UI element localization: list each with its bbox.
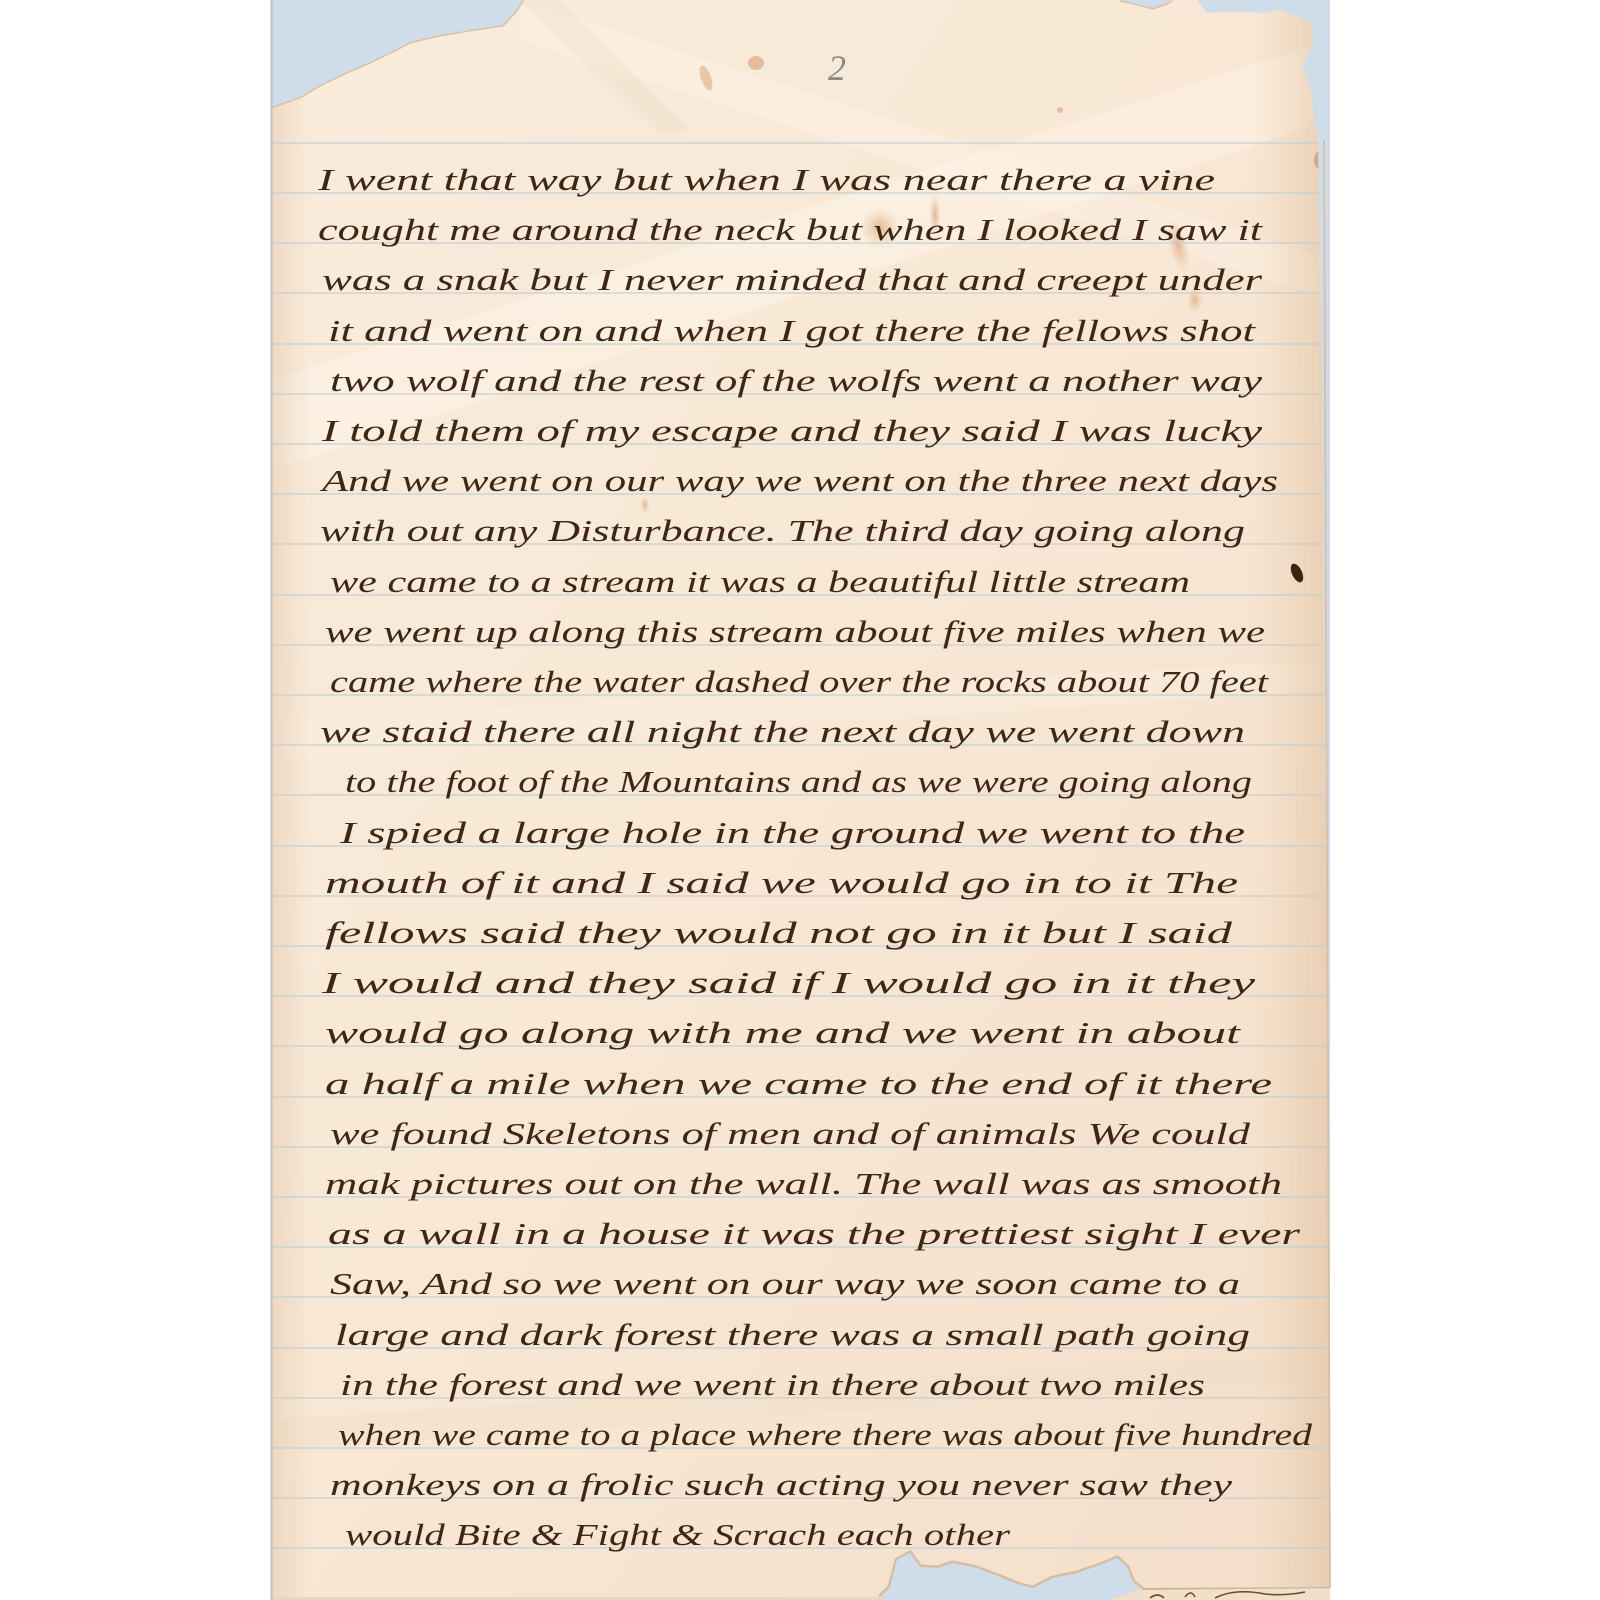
paper-sheet: 2 I went that way but when I was near th… <box>271 0 1331 1600</box>
text-line: we went up along this stream about five … <box>325 614 1265 649</box>
text-line: we staid there all night the next day we… <box>320 714 1245 749</box>
text-line: to the foot of the Mountains and as we w… <box>345 764 1252 799</box>
page-number: 2 <box>828 48 846 88</box>
text-line: would go along with me and we went in ab… <box>325 1015 1242 1050</box>
text-line: came where the water dashed over the roc… <box>330 664 1270 699</box>
text-line: two wolf and the rest of the wolfs went … <box>330 363 1262 398</box>
text-line: with out any Disturbance. The third day … <box>320 513 1245 548</box>
text-line: monkeys on a frolic such acting you neve… <box>330 1467 1232 1502</box>
text-line: in the forest and we went in there about… <box>340 1367 1205 1402</box>
text-line: was a snak but I never minded that and c… <box>322 262 1263 297</box>
text-line: Saw, And so we went on our way we soon c… <box>330 1266 1240 1301</box>
scanned-letter-page: 2 I went that way but when I was near th… <box>0 0 1600 1600</box>
text-line: mak pictures out on the wall. The wall w… <box>325 1166 1282 1201</box>
text-line: would Bite & Fight & Scrach each other <box>345 1517 1011 1552</box>
text-line: we came to a stream it was a beautiful l… <box>330 564 1190 599</box>
text-line: when we came to a place where there was … <box>338 1417 1313 1452</box>
text-line: it and went on and when I got there the … <box>328 313 1257 348</box>
text-line: I spied a large hole in the ground we we… <box>338 815 1245 850</box>
text-line: I went that way but when I was near ther… <box>317 162 1216 197</box>
underlying-sheet <box>1110 1589 1330 1600</box>
text-line: as a wall in a house it was the pretties… <box>328 1216 1301 1251</box>
text-line: mouth of it and I said we would go in to… <box>325 865 1238 900</box>
text-line: fellows said they would not go in it but… <box>325 915 1233 950</box>
text-line: large and dark forest there was a small … <box>335 1317 1250 1352</box>
text-line: we found Skeletons of men and of animals… <box>330 1116 1251 1151</box>
text-line: And we went on our way we went on the th… <box>319 463 1278 498</box>
text-line: a half a mile when we came to the end of… <box>325 1066 1272 1101</box>
text-line: I would and they said if I would go in i… <box>320 965 1255 1000</box>
text-line: I told them of my escape and they said I… <box>320 413 1262 448</box>
text-line: cought me around the neck but when I loo… <box>318 212 1264 247</box>
